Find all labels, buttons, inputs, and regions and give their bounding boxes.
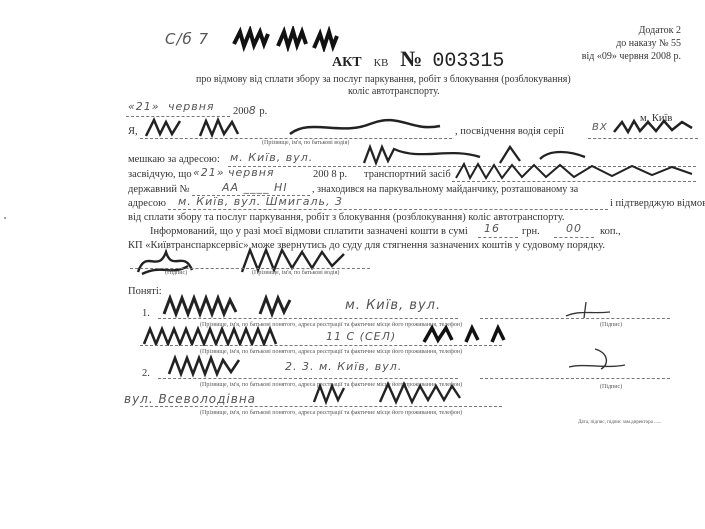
title-akt: АКТ — [332, 55, 362, 70]
license-underline — [588, 138, 698, 139]
uah-label: грн. — [522, 226, 540, 237]
kop-label: коп., — [600, 226, 621, 237]
top-handwritten-note: С/б 7 — [165, 30, 209, 48]
certify-label: засвідчую, що — [128, 169, 192, 180]
date-day: «21» — [128, 100, 160, 113]
vehicle-label: транспортний засіб — [364, 169, 451, 180]
witness-2-handwritten: 2. 3. м. Київ, вул. — [285, 360, 402, 373]
title-series: КВ — [374, 57, 389, 69]
subtitle-line-2: коліс автотранспорту. — [348, 86, 440, 97]
address-value: м. Київ, вул. — [230, 151, 313, 164]
witness-2-sign-underline — [480, 378, 670, 379]
location-text: , знаходився на паркувальному майданчику… — [312, 184, 578, 195]
plate-value: АА ____ НІ — [222, 181, 288, 194]
date-month: червня — [168, 100, 215, 113]
driver-name-underline — [140, 138, 452, 139]
witness-1-signature — [560, 300, 620, 320]
witness-1-addr2-redaction — [420, 324, 510, 344]
appendix-line-3: від «09» червня 2008 р. — [582, 50, 681, 63]
vehicle-redaction — [452, 160, 697, 182]
informed-text: Інформований, що у разі моєї відмови спл… — [150, 226, 468, 237]
driver-name-redaction — [140, 116, 450, 140]
certify-year: 200 8 р. — [313, 169, 347, 180]
title-number: 003315 — [432, 50, 504, 73]
appendix-line-2: до наказу № 55 — [582, 37, 681, 50]
witness-2-name-redaction — [165, 354, 255, 378]
witness-1-sign-caption: (Підпис) — [600, 322, 622, 328]
name-caption: (Прізвище, ім'я, по батькові водія) — [252, 270, 339, 276]
witness-2-underline — [158, 378, 458, 379]
sum-uah: 16 — [484, 222, 500, 235]
witness-1-addr-redaction — [140, 326, 330, 346]
license-series: ВХ — [592, 122, 608, 133]
footer-note: Дата, підпис, підпис зам.директора .....… — [578, 420, 662, 425]
witness-2-addr-underline — [140, 406, 502, 407]
appendix-note: Додаток 2 до наказу № 55 від «09» червня… — [582, 24, 681, 63]
witness-1-sign-underline — [480, 318, 670, 319]
witness-2-second-line: вул. Всеволодівна — [124, 392, 256, 406]
sum-uah-underline — [478, 237, 518, 238]
subtitle-line-1: про відмову від сплати збору за послуг п… — [196, 74, 571, 85]
scan-speck — [4, 217, 6, 219]
sum-kop: 00 — [566, 222, 582, 235]
vehicle-underline — [452, 181, 696, 182]
document-title: АКТ КВ № 003315 — [332, 46, 504, 73]
addr2-value: м. Київ, вул. Шмигаль, 3 — [178, 195, 343, 208]
witnesses-header: Поняті: — [128, 286, 162, 297]
plate-label: державний № — [128, 184, 190, 195]
witness-1-handwritten: м. Київ, вул. — [345, 298, 441, 313]
driver-name-caption: (Прізвище, ім'я, по батькові водія) — [262, 140, 349, 146]
sum-kop-underline — [554, 237, 594, 238]
witness-1-addr-underline — [140, 345, 502, 346]
witness-1-name-redaction — [160, 294, 320, 318]
witness-1-second-line: 11 С (СЕЛ) — [326, 330, 396, 343]
address-label: мешкаю за адресою: — [128, 154, 220, 165]
certify-month: червня — [228, 166, 275, 179]
witness-2-index: 2. — [142, 368, 150, 379]
license-number-redaction — [612, 118, 697, 136]
sign-caption: (Підпис) — [165, 270, 187, 276]
title-number-sign: № — [400, 46, 422, 71]
redaction-scribble — [230, 26, 340, 52]
witness-1-underline — [158, 318, 458, 319]
appendix-line-1: Додаток 2 — [582, 24, 681, 37]
addr2-label: адресою — [128, 198, 166, 209]
license-label: , посвідчення водія серії — [455, 126, 564, 137]
addr2-underline — [168, 209, 608, 210]
witness-2-signature — [565, 345, 635, 375]
signature-underline — [130, 268, 370, 269]
witness-2-addr-redaction — [310, 380, 470, 406]
witness-2-caption-2: (Прізвище, ім'я, по батькові понятого, а… — [200, 410, 462, 416]
witness-1-index: 1. — [142, 308, 150, 319]
certify-day: «21» — [193, 166, 225, 179]
witness-2-sign-caption: (Підпис) — [600, 384, 622, 390]
driver-prefix: Я, — [128, 126, 138, 137]
confirm-text: і підтверджую відмову — [610, 198, 705, 209]
